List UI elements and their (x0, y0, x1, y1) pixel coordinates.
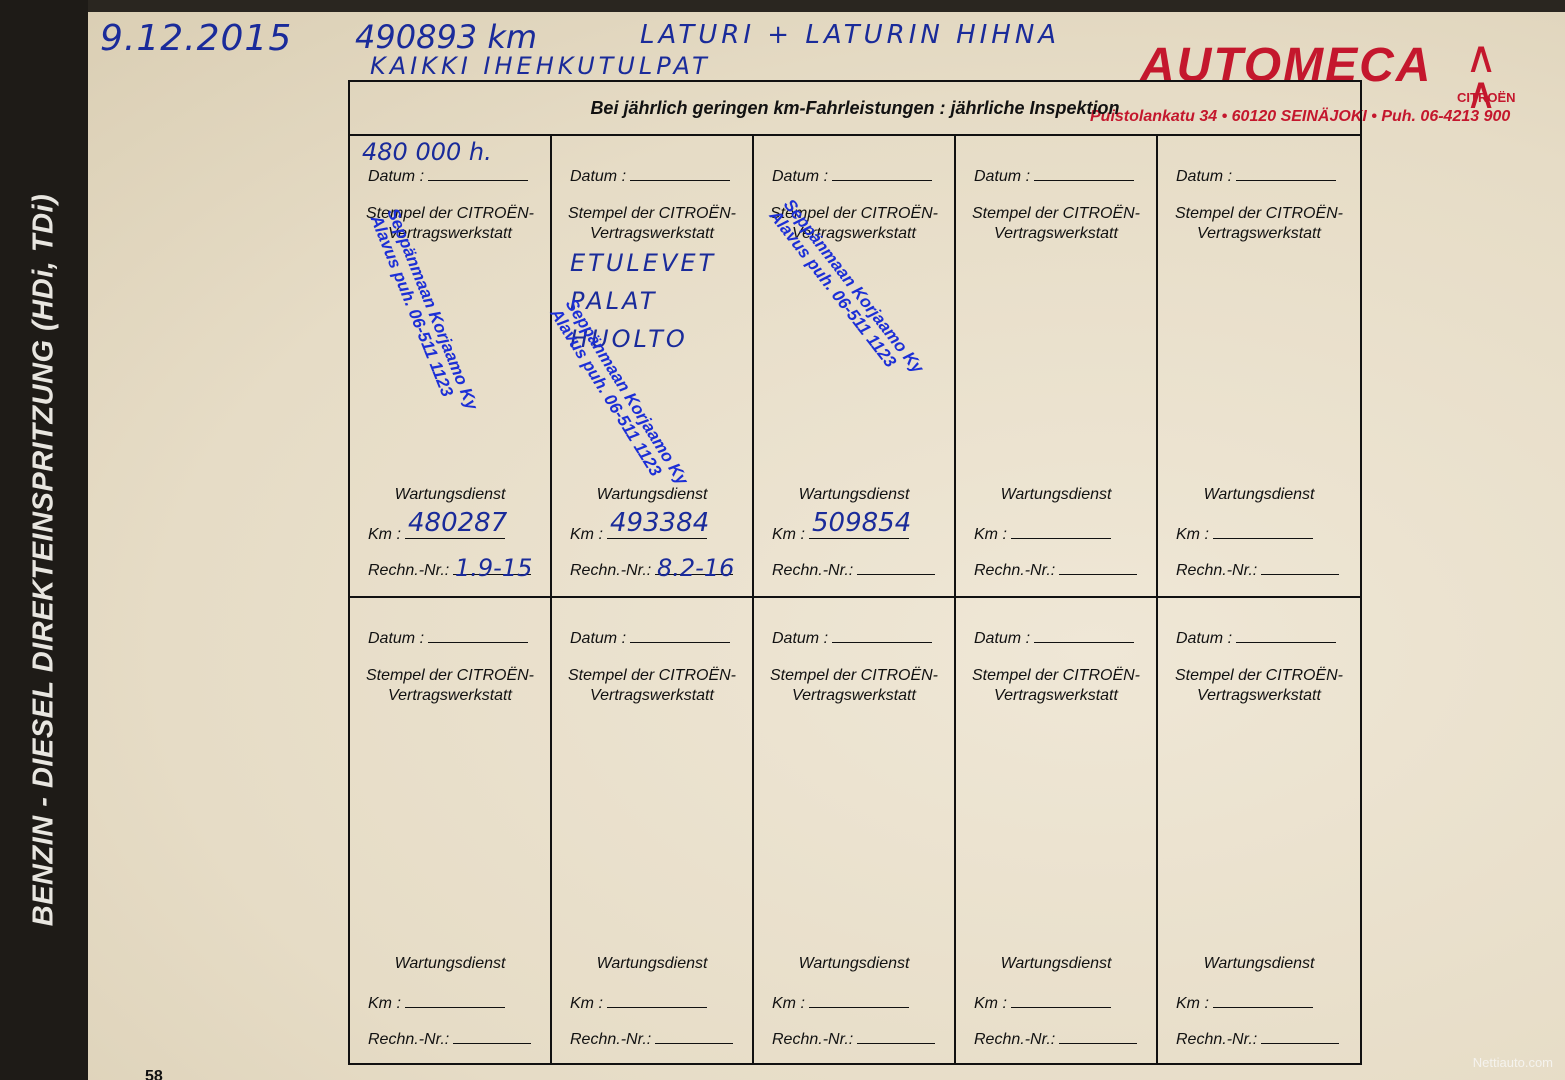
service-label: Wartungsdienst (956, 486, 1156, 504)
stamp-label-line1: Stempel der CITROËN- (956, 204, 1156, 224)
datum-line (832, 628, 932, 643)
km-label: Km : (368, 526, 401, 543)
datum-label: Datum : (570, 168, 626, 185)
km-line (405, 993, 505, 1008)
stamp-label: Stempel der CITROËN-Vertragswerkstatt (754, 666, 954, 706)
service-entry-cell: Datum :Stempel der CITROËN-Vertragswerks… (552, 136, 754, 598)
service-label: Wartungsdienst (350, 486, 550, 504)
km-label: Km : (974, 995, 1007, 1012)
datum-line (630, 628, 730, 643)
stamp-label: Stempel der CITROËN-Vertragswerkstatt (956, 204, 1156, 244)
stamp-label: Stempel der CITROËN-Vertragswerkstatt (956, 666, 1156, 706)
invoice-line (655, 1029, 733, 1044)
datum-label: Datum : (1176, 168, 1232, 185)
handwritten-note-2: KAIKKI IHEHKUTULPAT (370, 52, 711, 80)
km-field: Km : (1176, 524, 1313, 544)
datum-line (630, 166, 730, 181)
datum-line (1034, 166, 1134, 181)
km-label: Km : (974, 526, 1007, 543)
stamp-label-line2: Vertragswerkstatt (552, 224, 752, 244)
stamp-label: Stempel der CITROËN-Vertragswerkstatt (1158, 666, 1360, 706)
datum-label: Datum : (1176, 630, 1232, 647)
datum-field: Datum : (772, 166, 932, 186)
datum-label: Datum : (974, 168, 1030, 185)
form-heading: Bei jährlich geringen km-Fahrleistungen … (350, 82, 1360, 136)
stamp-label-line1: Stempel der CITROËN- (956, 666, 1156, 686)
invoice-label: Rechn.-Nr.: (368, 1031, 449, 1048)
service-label: Wartungsdienst (1158, 955, 1360, 973)
invoice-field: Rechn.-Nr.: (368, 1029, 531, 1049)
km-label: Km : (1176, 995, 1209, 1012)
service-entry-cell: Datum :Stempel der CITROËN-Vertragswerks… (956, 598, 1158, 1065)
km-line (1213, 524, 1313, 539)
km-label: Km : (1176, 526, 1209, 543)
km-field: Km : (368, 993, 505, 1013)
datum-field: Datum : (974, 166, 1134, 186)
invoice-field: Rechn.-Nr.: (570, 1029, 733, 1049)
datum-field: Datum : (368, 166, 528, 186)
datum-label: Datum : (368, 630, 424, 647)
stamp-label-line2: Vertragswerkstatt (956, 224, 1156, 244)
service-label: Wartungsdienst (350, 955, 550, 973)
km-line (1011, 524, 1111, 539)
km-field: Km : (974, 993, 1111, 1013)
handwritten-date: 9.12.2015 (100, 18, 292, 59)
page-number: 58 (145, 1068, 163, 1080)
handwritten-km-value: 509854 (812, 508, 911, 538)
stamp-label-line2: Vertragswerkstatt (754, 686, 954, 706)
service-label: Wartungsdienst (956, 955, 1156, 973)
datum-field: Datum : (1176, 628, 1336, 648)
datum-field: Datum : (570, 166, 730, 186)
stamp-label-line2: Vertragswerkstatt (350, 686, 550, 706)
spine-title: BENZIN - DIESEL DIREKTEINSPRITZUNG (HDi,… (28, 194, 61, 926)
stamp-label-line1: Stempel der CITROËN- (350, 666, 550, 686)
invoice-line (857, 1029, 935, 1044)
invoice-label: Rechn.-Nr.: (368, 562, 449, 579)
datum-field: Datum : (974, 628, 1134, 648)
datum-field: Datum : (772, 628, 932, 648)
invoice-line (1261, 1029, 1339, 1044)
datum-line (1236, 628, 1336, 643)
invoice-line (1059, 1029, 1137, 1044)
dealer-logo-text: CITROËN (1457, 90, 1516, 105)
service-entry-cell: Datum :Stempel der CITROËN-Vertragswerks… (552, 598, 754, 1065)
km-label: Km : (368, 995, 401, 1012)
stamp-label-line2: Vertragswerkstatt (956, 686, 1156, 706)
invoice-field: Rechn.-Nr.: (974, 560, 1137, 580)
service-label: Wartungsdienst (552, 486, 752, 504)
service-label: Wartungsdienst (754, 486, 954, 504)
stamp-label-line1: Stempel der CITROËN- (1158, 204, 1360, 224)
stamp-label: Stempel der CITROËN-Vertragswerkstatt (1158, 204, 1360, 244)
km-line (1011, 993, 1111, 1008)
handwritten-km: 490893 km (355, 18, 537, 56)
stamp-label: Stempel der CITROËN-Vertragswerkstatt (552, 204, 752, 244)
km-line (607, 993, 707, 1008)
service-entry-cell: Datum :Stempel der CITROËN-Vertragswerks… (956, 136, 1158, 598)
service-label: Wartungsdienst (754, 955, 954, 973)
service-entry-cell: Datum :Stempel der CITROËN-Vertragswerks… (350, 598, 552, 1065)
km-label: Km : (772, 995, 805, 1012)
handwritten-km-value: 480287 (408, 508, 507, 538)
service-entry-cell: Datum :Stempel der CITROËN-Vertragswerks… (1158, 136, 1360, 598)
handwritten-km-value: 493384 (610, 508, 709, 538)
handwritten-invoice-value: 8.2-16 (657, 554, 734, 582)
datum-line (1034, 628, 1134, 643)
inspection-form: Bei jährlich geringen km-Fahrleistungen … (348, 80, 1362, 1065)
invoice-line (1261, 560, 1339, 575)
km-field: Km : (570, 993, 707, 1013)
invoice-field: Rechn.-Nr.: (1176, 560, 1339, 580)
handwritten-note-1: LATURI + LATURIN HIHNA (640, 20, 1060, 50)
stamp-label-line1: Stempel der CITROËN- (754, 666, 954, 686)
invoice-line (453, 1029, 531, 1044)
km-label: Km : (570, 995, 603, 1012)
invoice-label: Rechn.-Nr.: (974, 1031, 1055, 1048)
km-line (1213, 993, 1313, 1008)
stamp-label-line1: Stempel der CITROËN- (552, 666, 752, 686)
service-label: Wartungsdienst (552, 955, 752, 973)
datum-field: Datum : (570, 628, 730, 648)
datum-line (428, 628, 528, 643)
invoice-label: Rechn.-Nr.: (772, 562, 853, 579)
stamp-label-line2: Vertragswerkstatt (1158, 224, 1360, 244)
stamp-label: Stempel der CITROËN-Vertragswerkstatt (350, 666, 550, 706)
invoice-field: Rechn.-Nr.: (974, 1029, 1137, 1049)
datum-label: Datum : (974, 630, 1030, 647)
stamp-label-line1: Stempel der CITROËN- (552, 204, 752, 224)
invoice-label: Rechn.-Nr.: (1176, 562, 1257, 579)
invoice-label: Rechn.-Nr.: (570, 562, 651, 579)
datum-field: Datum : (368, 628, 528, 648)
invoice-line (857, 560, 935, 575)
datum-line (428, 166, 528, 181)
service-entry-cell: Datum :Stempel der CITROËN-Vertragswerks… (350, 136, 552, 598)
invoice-line (1059, 560, 1137, 575)
km-field: Km : (772, 993, 909, 1013)
service-entry-cell: Datum :Stempel der CITROËN-Vertragswerks… (754, 136, 956, 598)
handwritten-km-note: 480 000 h. (362, 138, 492, 166)
km-field: Km : (1176, 993, 1313, 1013)
datum-line (1236, 166, 1336, 181)
invoice-label: Rechn.-Nr.: (772, 1031, 853, 1048)
datum-line (832, 166, 932, 181)
invoice-label: Rechn.-Nr.: (570, 1031, 651, 1048)
stamp-label-line1: Stempel der CITROËN- (1158, 666, 1360, 686)
datum-label: Datum : (570, 630, 626, 647)
service-entry-cell: Datum :Stempel der CITROËN-Vertragswerks… (1158, 598, 1360, 1065)
service-entry-cell: Datum :Stempel der CITROËN-Vertragswerks… (754, 598, 956, 1065)
invoice-field: Rechn.-Nr.: (772, 560, 935, 580)
stamp-label-line2: Vertragswerkstatt (552, 686, 752, 706)
datum-label: Datum : (772, 630, 828, 647)
spine-tab: BENZIN - DIESEL DIREKTEINSPRITZUNG (HDi,… (0, 0, 88, 1080)
watermark: Nettiauto.com (1473, 1055, 1553, 1070)
handwritten-invoice-value: 1.9-15 (455, 554, 532, 582)
invoice-field: Rechn.-Nr.: (772, 1029, 935, 1049)
top-edge (0, 0, 1565, 12)
invoice-label: Rechn.-Nr.: (974, 562, 1055, 579)
datum-label: Datum : (772, 168, 828, 185)
km-label: Km : (570, 526, 603, 543)
stamp-label: Stempel der CITROËN-Vertragswerkstatt (552, 666, 752, 706)
stamp-label-line2: Vertragswerkstatt (1158, 686, 1360, 706)
datum-label: Datum : (368, 168, 424, 185)
km-field: Km : (974, 524, 1111, 544)
invoice-label: Rechn.-Nr.: (1176, 1031, 1257, 1048)
km-label: Km : (772, 526, 805, 543)
invoice-field: Rechn.-Nr.: (1176, 1029, 1339, 1049)
service-label: Wartungsdienst (1158, 486, 1360, 504)
service-grid: Datum :Stempel der CITROËN-Vertragswerks… (350, 136, 1360, 1065)
datum-field: Datum : (1176, 166, 1336, 186)
km-line (809, 993, 909, 1008)
